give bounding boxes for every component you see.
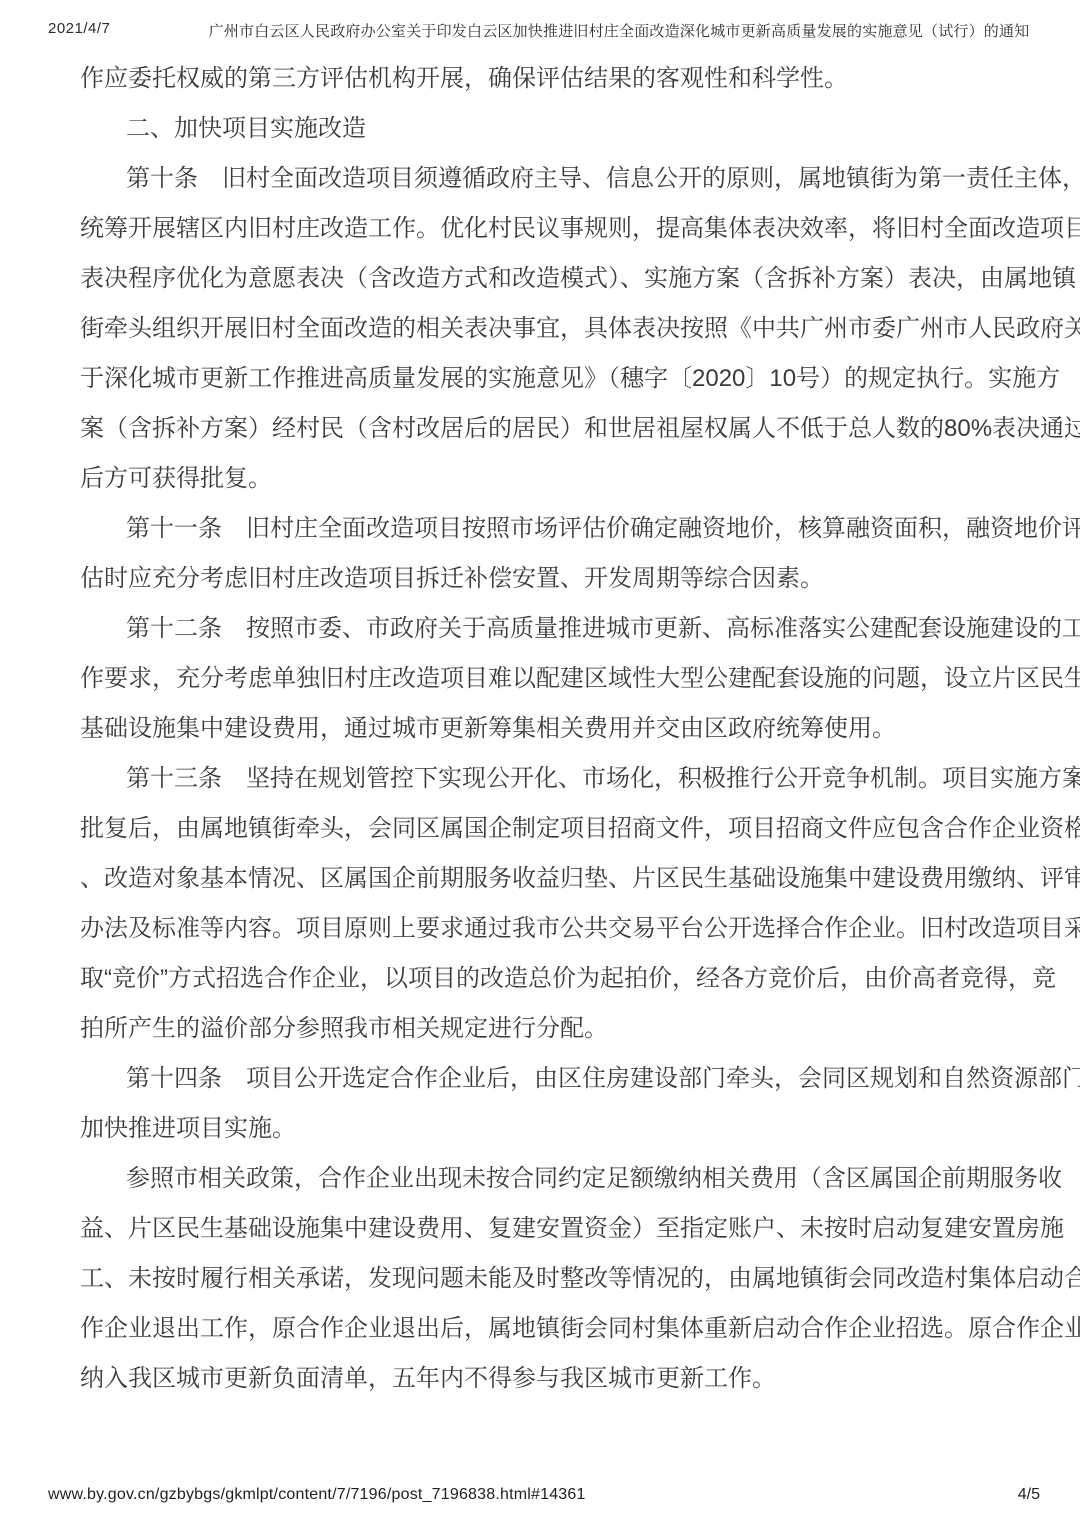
text-line: 估时应充分考虑旧村庄改造项目拆迁补偿安置、开发周期等综合因素。 xyxy=(80,566,1012,592)
text-line: 益、片区民生基础设施集中建设费用、复建安置资金）至指定账户、未按时启动复建安置房… xyxy=(80,1216,1012,1242)
text-line: 于深化城市更新工作推进高质量发展的实施意见》（穗字〔2020〕10号）的规定执行… xyxy=(80,366,1012,392)
text-line: 工、未按时履行相关承诺，发现问题未能及时整改等情况的，由属地镇街会同改造村集体启… xyxy=(80,1266,1012,1292)
document-title: 广州市白云区人民政府办公室关于印发白云区加快推进旧村庄全面改造深化城市更新高质量… xyxy=(198,20,1040,41)
text-line: 第十四条 项目公开选定合作企业后，由区住房建设部门牵头，会同区规划和自然资源部门 xyxy=(80,1066,1012,1092)
text-line: 作企业退出工作，原合作企业退出后，属地镇街会同村集体重新启动合作企业招选。原合作… xyxy=(80,1316,1012,1342)
text-line: 案（含拆补方案）经村民（含村改居后的居民）和世居祖屋权属人不低于总人数的80%表… xyxy=(80,416,1012,442)
document-page: 2021/4/7 广州市白云区人民政府办公室关于印发白云区加快推进旧村庄全面改造… xyxy=(0,0,1080,1528)
text-line: 拍所产生的溢价部分参照我市相关规定进行分配。 xyxy=(80,1016,1012,1042)
text-line: 第十三条 坚持在规划管控下实现公开化、市场化，积极推行公开竞争机制。项目实施方案 xyxy=(80,766,1012,792)
text-line: 统筹开展辖区内旧村庄改造工作。优化村民议事规则，提高集体表决效率，将旧村全面改造… xyxy=(80,216,1012,242)
text-line: 取“竞价”方式招选合作企业，以项目的改造总价为起拍价，经各方竞价后，由价高者竞得… xyxy=(80,966,1012,992)
text-line: 表决程序优化为意愿表决（含改造方式和改造模式）、实施方案（含拆补方案）表决，由属… xyxy=(80,266,1012,292)
text-line: 、改造对象基本情况、区属国企前期服务收益归垫、片区民生基础设施集中建设费用缴纳、… xyxy=(80,866,1012,892)
text-line: 加快推进项目实施。 xyxy=(80,1116,1012,1142)
text-line: 第十二条 按照市委、市政府关于高质量推进城市更新、高标准落实公建配套设施建设的工 xyxy=(80,616,1012,642)
text-line: 第十条 旧村全面改造项目须遵循政府主导、信息公开的原则，属地镇街为第一责任主体， xyxy=(80,166,1012,192)
section-heading: 二、加快项目实施改造 xyxy=(80,116,1012,142)
text-line: 第十一条 旧村庄全面改造项目按照市场评估价确定融资地价，核算融资面积，融资地价评 xyxy=(80,516,1012,542)
text-line: 参照市相关政策，合作企业出现未按合同约定足额缴纳相关费用（含区属国企前期服务收 xyxy=(80,1166,1012,1192)
text-line: 作要求，充分考虑单独旧村庄改造项目难以配建区域性大型公建配套设施的问题，设立片区… xyxy=(80,666,1012,692)
page-footer: www.by.gov.cn/gzbybgs/gkmlpt/content/7/7… xyxy=(48,1486,1040,1504)
page-number: 4/5 xyxy=(1018,1486,1040,1504)
text-line: 作应委托权威的第三方评估机构开展，确保评估结果的客观性和科学性。 xyxy=(80,66,1012,92)
page-header: 2021/4/7 广州市白云区人民政府办公室关于印发白云区加快推进旧村庄全面改造… xyxy=(48,20,1040,41)
document-body: 作应委托权威的第三方评估机构开展，确保评估结果的客观性和科学性。 二、加快项目实… xyxy=(80,66,1012,1416)
text-line: 纳入我区城市更新负面清单，五年内不得参与我区城市更新工作。 xyxy=(80,1366,1012,1392)
header-date: 2021/4/7 xyxy=(48,20,198,37)
text-line: 办法及标准等内容。项目原则上要求通过我市公共交易平台公开选择合作企业。旧村改造项… xyxy=(80,916,1012,942)
text-line: 批复后，由属地镇街牵头，会同区属国企制定项目招商文件，项目招商文件应包含合作企业… xyxy=(80,816,1012,842)
text-line: 街牵头组织开展旧村全面改造的相关表决事宜，具体表决按照《中共广州市委广州市人民政… xyxy=(80,316,1012,342)
text-line: 后方可获得批复。 xyxy=(80,466,1012,492)
text-line: 基础设施集中建设费用，通过城市更新筹集相关费用并交由区政府统筹使用。 xyxy=(80,716,1012,742)
footer-url: www.by.gov.cn/gzbybgs/gkmlpt/content/7/7… xyxy=(48,1486,586,1504)
